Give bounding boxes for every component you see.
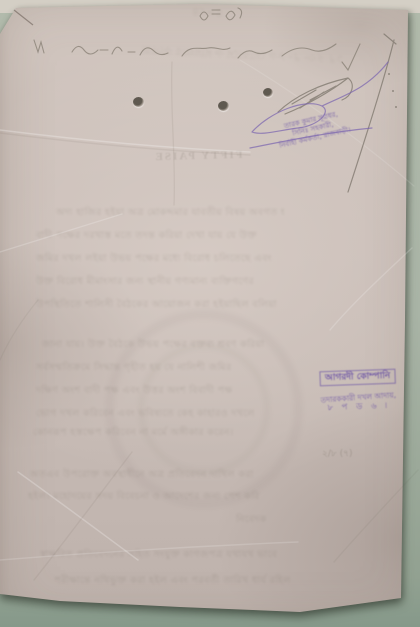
faint-line: উক্ত বিরোধ মীমাংসার জন্য স্থানীয় গণ্যমা… <box>36 275 286 288</box>
faint-line: অদ্য হাজির হইয়া অত্র মোকদ্দমার যাবতীয় … <box>56 206 284 219</box>
stamp-line: তদারককারী দখল আদায়, <box>302 389 414 406</box>
faint-line: কোনরূপ হস্তক্ষেপ করিবেন না মর্মে অঙ্গীকা… <box>33 426 289 439</box>
photo-background: ৪=২৪ ১৭ ২৩- ৭- ৮৬ মোকামে ৬ মামলার কাগজ F… <box>0 0 420 627</box>
faint-line: ভোগ দখল করিবেন এবং ভবিষ্যতে কেহ কাহারও দ… <box>36 407 286 420</box>
stamp-line: তারক কুমার সূত্রধর, <box>251 103 372 139</box>
punch-hole <box>133 97 144 107</box>
stamp-boxed-line: আগরদী কোম্পানি <box>320 369 396 387</box>
ink-stamp-middle: আগরদী কোম্পানি তদারককারী দখল আদায়, ৮ প … <box>301 362 415 415</box>
faint-line: বাদী পক্ষের দরখাস্ত মতে তদন্ত করিয়া দেখ… <box>36 229 286 242</box>
ink-stamp-top: তারক কুমার সূত্রধর, সিনিঃ সহকারী, নির্বা… <box>251 103 376 157</box>
faint-line: জমির দখল লইয়া উভয় পক্ষের মধ্যে বিরোধ চ… <box>36 252 286 265</box>
faint-line: হইল। মহোদয়ের সদয় বিবেচনা ও আদেশের জন্য… <box>28 490 260 503</box>
faint-line: উপস্থিতিতে শালিসী বৈঠকের আয়োজন করা হইয়… <box>36 298 286 311</box>
faint-line: জানা যায়। উক্ত বৈঠকে উভয় পক্ষের বক্তব্… <box>42 338 288 351</box>
faint-line: অতএব উপরোক্ত অবস্থাধীনে অত্র প্রতিবেদন দ… <box>30 468 286 481</box>
punch-hole <box>218 101 229 111</box>
paper-sheet: ৪=২৪ ১৭ ২৩- ৭- ৮৬ মোকামে ৬ মামলার কাগজ F… <box>0 0 420 627</box>
circular-seal-watermark <box>105 310 303 508</box>
stamp-line: ৮ প ড ৬ ৷ <box>303 400 415 415</box>
faint-line: সর্বসম্মতিক্রমে সিদ্ধান্ত গৃহীত হয় যে ন… <box>36 361 286 374</box>
stamp-line: সিনিঃ সহকারী, <box>253 111 374 147</box>
faint-line: স্বাক্ষরিত প্রতিবেদনের সহিত সংযুক্ত কাগজ… <box>40 548 298 561</box>
faint-line: পরীক্ষান্তে নথিভুক্ত করা হইল এবং পরবর্তী… <box>54 574 290 587</box>
stamp-line: নির্বাহী কর্মকর্তা, রাজবাড়ী। <box>255 120 376 156</box>
paper-wrapper: ৪=২৪ ১৭ ২৩- ৭- ৮৬ মোকামে ৬ মামলার কাগজ F… <box>0 0 420 627</box>
punch-hole <box>263 88 273 97</box>
handwritten-top-number: ৪=২৪ <box>192 1 224 22</box>
handwritten-date-note: ১৭ ২৩- ৭- ৮৬ মোকামে ৬ মামলার কাগজ <box>34 32 345 68</box>
faint-line: দক্ষিণ অংশ বাদী পক্ষ এবং উত্তর অংশ বিবাদ… <box>36 384 286 397</box>
faint-line: নিবেদক <box>236 513 288 526</box>
pencil-date-note: ২/৮ (৭) <box>322 446 352 461</box>
fifty-paise-mirrored-watermark: FIFTY PAISE <box>138 148 258 163</box>
